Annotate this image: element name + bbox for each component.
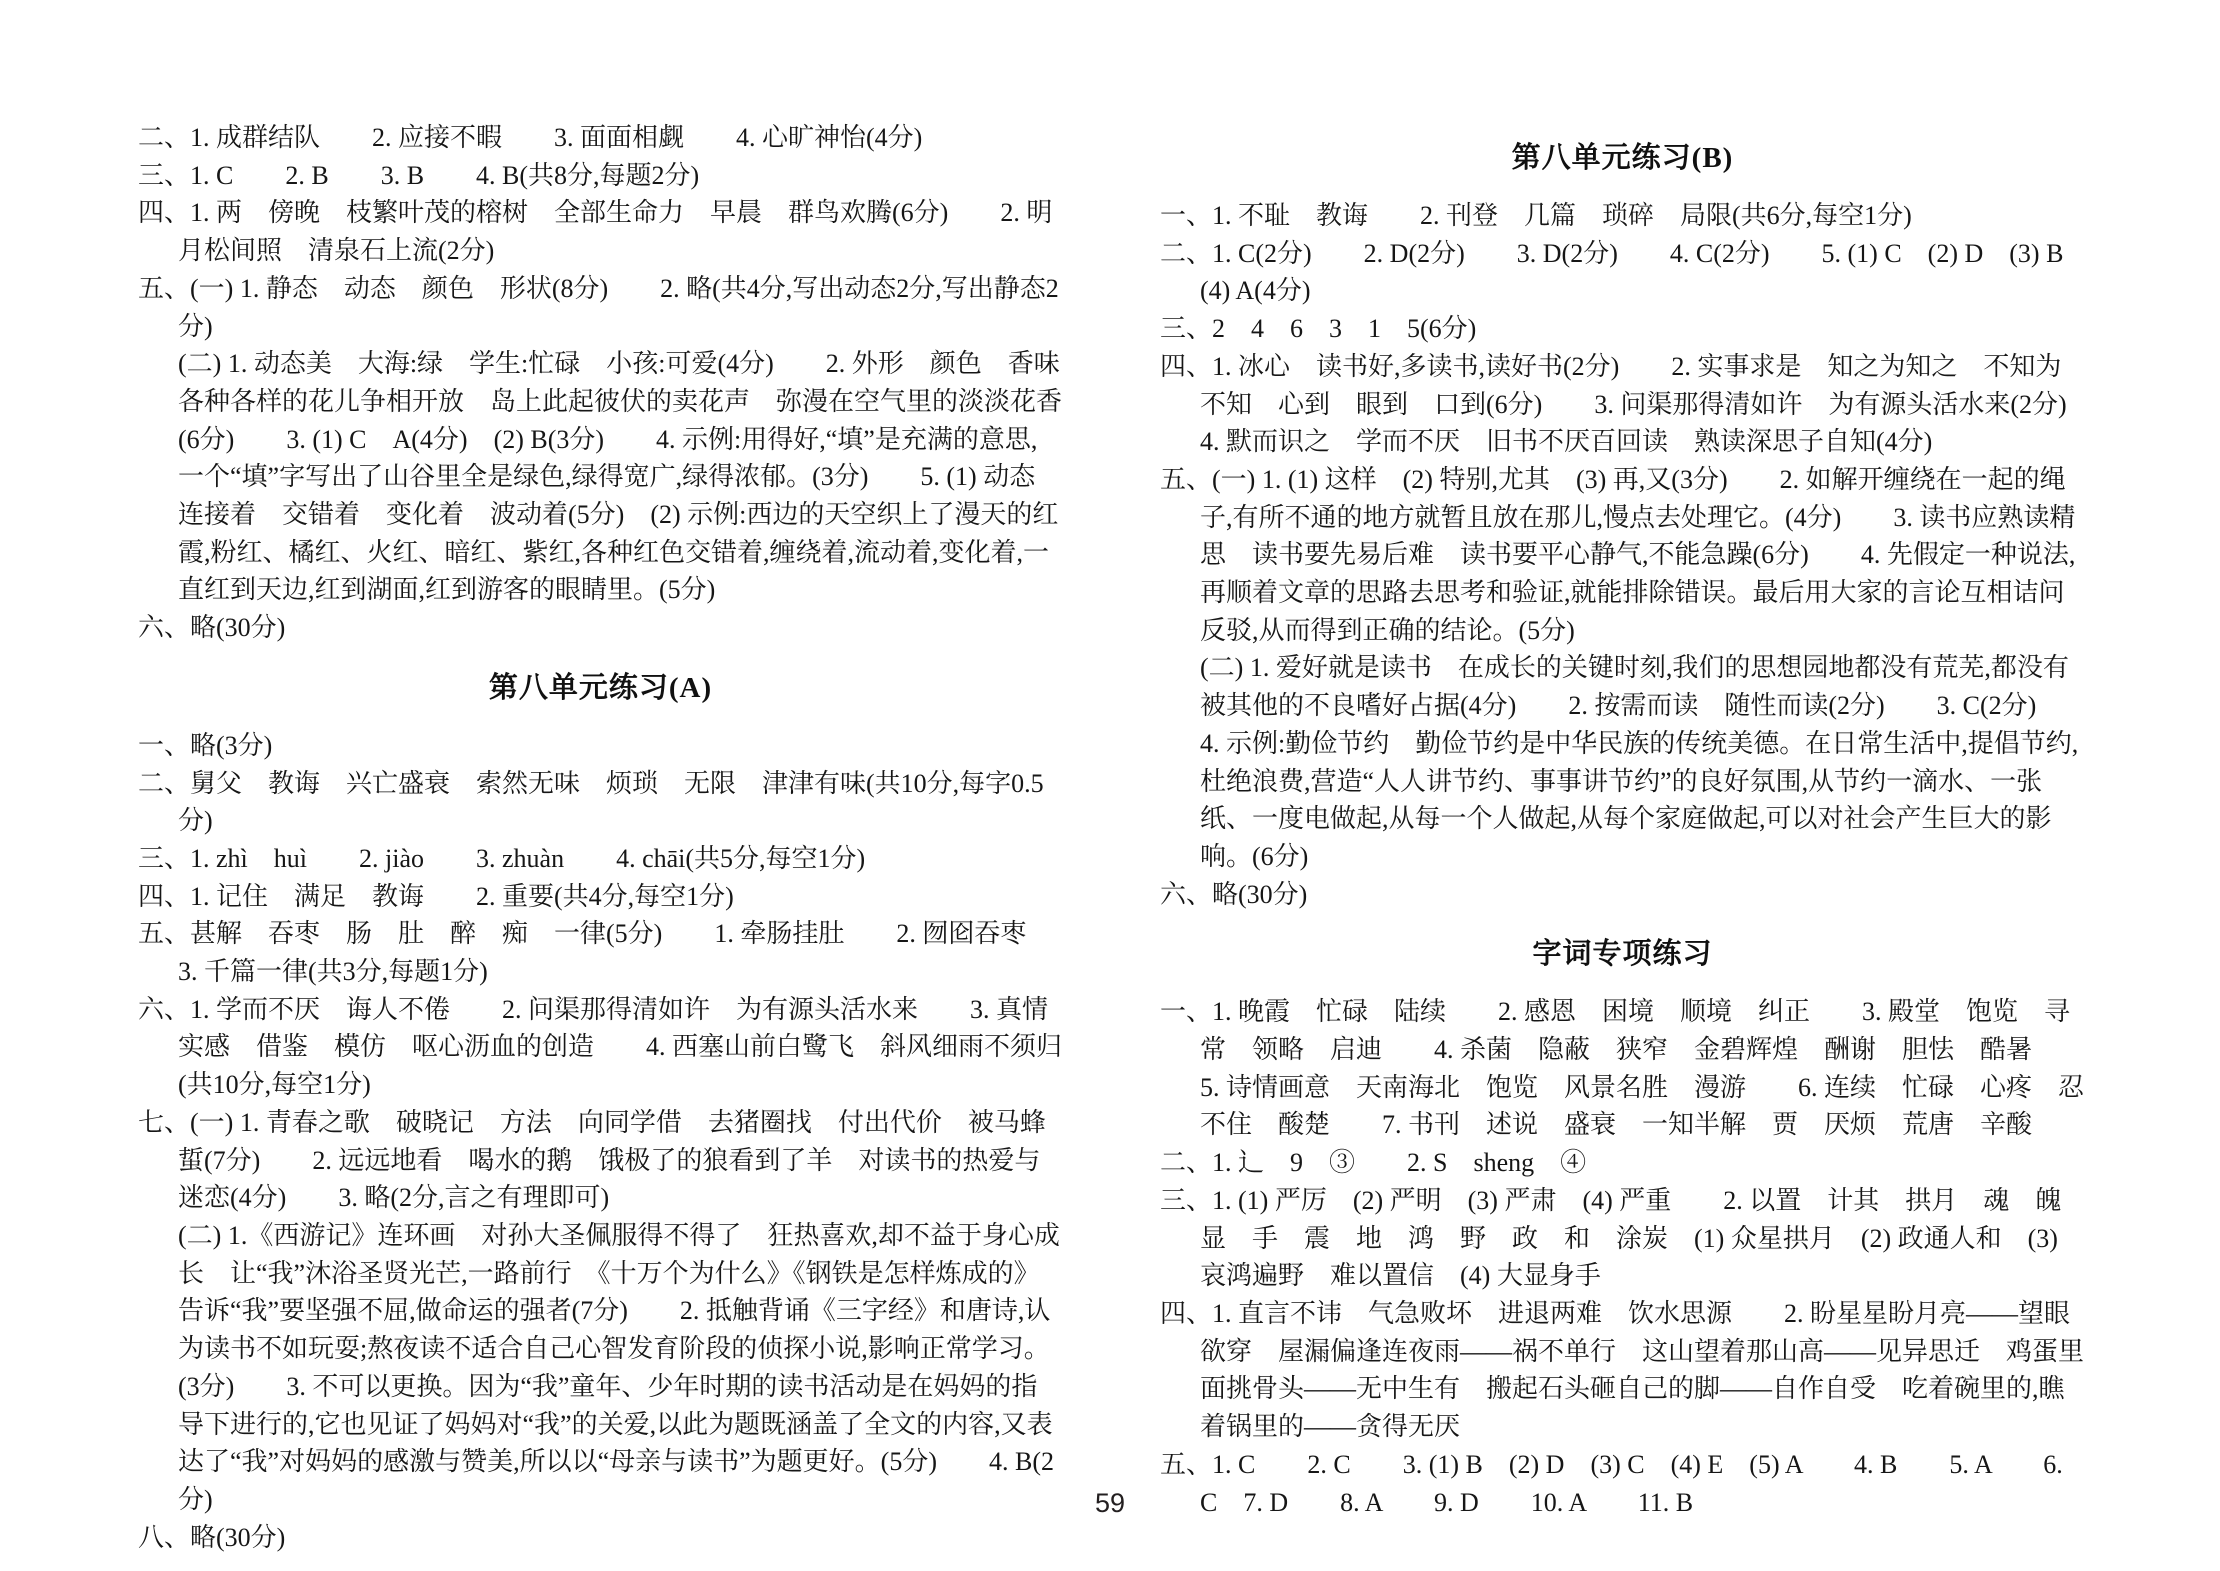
entry-text: 1. 成群结队 2. 应接不暇 3. 面面相觑 4. 心旷神怡(4分) bbox=[190, 123, 922, 152]
entry-label: 六、 bbox=[138, 613, 190, 642]
answer-entry: 一、1. 不耻 教诲 2. 刊登 几篇 琐碎 局限(共6分,每空1分) bbox=[1160, 197, 2085, 235]
answer-entry: 二、1. 辶 9 ③ 2. S sheng ④ bbox=[1160, 1144, 2085, 1182]
answer-entry: 三、2 4 6 3 1 5(6分) bbox=[1160, 310, 2085, 348]
answer-block: 四、1. 两 傍晚 枝繁叶茂的榕树 全部生命力 早晨 群鸟欢腾(6分) 2. 明… bbox=[178, 194, 1063, 269]
entry-text: 略(30分) bbox=[1212, 880, 1307, 909]
answer-entry: 八、略(30分) bbox=[138, 1519, 1063, 1557]
entry-text: 略(30分) bbox=[190, 1523, 285, 1552]
answer-entry: 五、甚解 吞枣 肠 肚 醉 痴 一律(5分) 1. 牵肠挂肚 2. 囫囵吞枣 3… bbox=[138, 915, 1063, 990]
answer-block: 五、(一) 1. 静态 动态 颜色 形状(8分) 2. 略(共4分,写出动态2分… bbox=[178, 270, 1063, 345]
answer-block: (二) 1.《西游记》连环画 对孙大圣佩服得不得了 狂热喜欢,却不益于身心成长 … bbox=[178, 1217, 1063, 1519]
entry-label: 二、 bbox=[1160, 239, 1212, 268]
section: 第八单元练习(A)一、略(3分)二、舅父 教诲 兴亡盛衰 索然无味 烦琐 无限 … bbox=[138, 669, 1063, 1556]
section-heading: 第八单元练习(A) bbox=[138, 669, 1063, 707]
answer-entry: 七、(一) 1. 青春之歌 破晓记 方法 向同学借 去猪圈找 付出代价 被马蜂蜇… bbox=[138, 1104, 1063, 1519]
answer-block: (二) 1. 爱好就是读书 在成长的关键时刻,我们的思想园地都没有荒芜,都没有被… bbox=[1200, 649, 2085, 875]
entry-text: 略(30分) bbox=[190, 613, 285, 642]
section-heading: 字词专项练习 bbox=[1160, 935, 2085, 973]
answer-entry: 二、1. C(2分) 2. D(2分) 3. D(2分) 4. C(2分) 5.… bbox=[1160, 235, 2085, 310]
entry-text: 1. 辶 9 ③ 2. S sheng ④ bbox=[1212, 1148, 1586, 1177]
entry-text: 略(3分) bbox=[190, 731, 272, 760]
answer-key-page: 二、1. 成群结队 2. 应接不暇 3. 面面相觑 4. 心旷神怡(4分)三、1… bbox=[0, 0, 2220, 1571]
answer-block: 二、1. 成群结队 2. 应接不暇 3. 面面相觑 4. 心旷神怡(4分) bbox=[178, 119, 1063, 157]
answer-block: 四、1. 记住 满足 教诲 2. 重要(共4分,每空1分) bbox=[178, 878, 1063, 916]
entry-label: 六、 bbox=[138, 995, 190, 1024]
answer-block: 三、1. zhì huì 2. jiào 3. zhuàn 4. chāi(共5… bbox=[178, 840, 1063, 878]
entry-label: 六、 bbox=[1160, 880, 1212, 909]
answer-entry: 三、1. zhì huì 2. jiào 3. zhuàn 4. chāi(共5… bbox=[138, 840, 1063, 878]
entry-text: (一) 1. 青春之歌 破晓记 方法 向同学借 去猪圈找 付出代价 被马蜂蜇(7… bbox=[178, 1108, 1046, 1212]
answer-block: 七、(一) 1. 青春之歌 破晓记 方法 向同学借 去猪圈找 付出代价 被马蜂蜇… bbox=[178, 1104, 1063, 1217]
entry-text: (一) 1. (1) 这样 (2) 特别,尤其 (3) 再,又(3分) 2. 如… bbox=[1200, 465, 2075, 645]
answer-entry: 二、舅父 教诲 兴亡盛衰 索然无味 烦琐 无限 津津有味(共10分,每字0.5分… bbox=[138, 765, 1063, 840]
entry-label: 三、 bbox=[138, 161, 190, 190]
answer-entry: 一、略(3分) bbox=[138, 727, 1063, 765]
answer-block: 六、略(30分) bbox=[178, 609, 1063, 647]
answer-block: 六、略(30分) bbox=[1200, 876, 2085, 914]
entry-label: 五、 bbox=[1160, 465, 1212, 494]
answer-entry: 三、1. C 2. B 3. B 4. B(共8分,每题2分) bbox=[138, 157, 1063, 195]
answer-entry: 二、1. 成群结队 2. 应接不暇 3. 面面相觑 4. 心旷神怡(4分) bbox=[138, 119, 1063, 157]
entry-label: 八、 bbox=[138, 1523, 190, 1552]
entry-text: (二) 1. 动态美 大海:绿 学生:忙碌 小孩:可爱(4分) 2. 外形 颜色… bbox=[178, 349, 1086, 604]
entry-text: 1. C 2. B 3. B 4. B(共8分,每题2分) bbox=[190, 161, 699, 190]
answer-entry: 一、1. 晚霞 忙碌 陆续 2. 感恩 困境 顺境 纠正 3. 殿堂 饱览 寻常… bbox=[1160, 993, 2085, 1144]
entry-label: 二、 bbox=[138, 123, 190, 152]
answer-block: 一、1. 不耻 教诲 2. 刊登 几篇 琐碎 局限(共6分,每空1分) bbox=[1200, 197, 2085, 235]
entry-text: 1. 晚霞 忙碌 陆续 2. 感恩 困境 顺境 纠正 3. 殿堂 饱览 寻常 领… bbox=[1200, 997, 2084, 1139]
entry-text: 1. 记住 满足 教诲 2. 重要(共4分,每空1分) bbox=[190, 882, 734, 911]
entry-label: 二、 bbox=[1160, 1148, 1212, 1177]
answer-entry: 四、1. 冰心 读书好,多读书,读好书(2分) 2. 实事求是 知之为知之 不知… bbox=[1160, 348, 2085, 461]
answer-block: 五、甚解 吞枣 肠 肚 醉 痴 一律(5分) 1. 牵肠挂肚 2. 囫囵吞枣 3… bbox=[178, 915, 1063, 990]
section-heading: 第八单元练习(B) bbox=[1160, 139, 2085, 177]
answer-block: (二) 1. 动态美 大海:绿 学生:忙碌 小孩:可爱(4分) 2. 外形 颜色… bbox=[178, 345, 1063, 609]
entry-label: 五、 bbox=[1160, 1450, 1212, 1479]
entry-text: 1. C(2分) 2. D(2分) 3. D(2分) 4. C(2分) 5. (… bbox=[1200, 239, 2089, 306]
answer-block: 三、2 4 6 3 1 5(6分) bbox=[1200, 310, 2085, 348]
answer-block: 二、舅父 教诲 兴亡盛衰 索然无味 烦琐 无限 津津有味(共10分,每字0.5分… bbox=[178, 765, 1063, 840]
answer-block: 八、略(30分) bbox=[178, 1519, 1063, 1557]
entry-text: 2 4 6 3 1 5(6分) bbox=[1212, 314, 1476, 343]
answer-block: 一、1. 晚霞 忙碌 陆续 2. 感恩 困境 顺境 纠正 3. 殿堂 饱览 寻常… bbox=[1200, 993, 2085, 1144]
answer-block: 六、1. 学而不厌 诲人不倦 2. 问渠那得清如许 为有源头活水来 3. 真情实… bbox=[178, 991, 1063, 1104]
entry-label: 四、 bbox=[138, 882, 190, 911]
entry-text: 1. 不耻 教诲 2. 刊登 几篇 琐碎 局限(共6分,每空1分) bbox=[1212, 201, 1912, 230]
entry-label: 七、 bbox=[138, 1108, 190, 1137]
entry-text: 1. 两 傍晚 枝繁叶茂的榕树 全部生命力 早晨 群鸟欢腾(6分) 2. 明月松… bbox=[178, 198, 1052, 265]
entry-label: 三、 bbox=[1160, 1186, 1212, 1215]
answer-entry: 四、1. 直言不讳 气急败坏 进退两难 饮水思源 2. 盼星星盼月亮——望眼欲穿… bbox=[1160, 1295, 2085, 1446]
entry-label: 四、 bbox=[1160, 1299, 1212, 1328]
answer-entry: 六、略(30分) bbox=[138, 609, 1063, 647]
right-column: 第八单元练习(B)一、1. 不耻 教诲 2. 刊登 几篇 琐碎 局限(共6分,每… bbox=[1160, 119, 2085, 1521]
answer-entry: 五、(一) 1. (1) 这样 (2) 特别,尤其 (3) 再,又(3分) 2.… bbox=[1160, 461, 2085, 876]
answer-block: 二、1. C(2分) 2. D(2分) 3. D(2分) 4. C(2分) 5.… bbox=[1200, 235, 2085, 310]
answer-entry: 六、略(30分) bbox=[1160, 876, 2085, 914]
entry-label: 四、 bbox=[138, 198, 190, 227]
answer-block: 三、1. C 2. B 3. B 4. B(共8分,每题2分) bbox=[178, 157, 1063, 195]
left-column: 二、1. 成群结队 2. 应接不暇 3. 面面相觑 4. 心旷神怡(4分)三、1… bbox=[138, 119, 1063, 1556]
answer-entry: 六、1. 学而不厌 诲人不倦 2. 问渠那得清如许 为有源头活水来 3. 真情实… bbox=[138, 991, 1063, 1104]
entry-label: 三、 bbox=[1160, 314, 1212, 343]
answer-block: 五、(一) 1. (1) 这样 (2) 特别,尤其 (3) 再,又(3分) 2.… bbox=[1200, 461, 2085, 650]
entry-label: 一、 bbox=[138, 731, 190, 760]
entry-label: 一、 bbox=[1160, 997, 1212, 1026]
entry-label: 四、 bbox=[1160, 352, 1212, 381]
entry-text: 舅父 教诲 兴亡盛衰 索然无味 烦琐 无限 津津有味(共10分,每字0.5分) bbox=[178, 769, 1044, 836]
answer-block: 一、略(3分) bbox=[178, 727, 1063, 765]
answer-entry: 四、1. 记住 满足 教诲 2. 重要(共4分,每空1分) bbox=[138, 878, 1063, 916]
section: 字词专项练习一、1. 晚霞 忙碌 陆续 2. 感恩 困境 顺境 纠正 3. 殿堂… bbox=[1160, 935, 2085, 1521]
answer-block: 四、1. 直言不讳 气急败坏 进退两难 饮水思源 2. 盼星星盼月亮——望眼欲穿… bbox=[1200, 1295, 2085, 1446]
entry-label: 五、 bbox=[138, 919, 190, 948]
entry-label: 三、 bbox=[138, 844, 190, 873]
entry-text: (二) 1.《西游记》连环画 对孙大圣佩服得不得了 狂热喜欢,却不益于身心成长 … bbox=[178, 1221, 1060, 1514]
answer-entry: 三、1. (1) 严厉 (2) 严明 (3) 严肃 (4) 严重 2. 以置 计… bbox=[1160, 1182, 2085, 1295]
entry-text: 1. 冰心 读书好,多读书,读好书(2分) 2. 实事求是 知之为知之 不知为不… bbox=[1200, 352, 2119, 456]
entry-text: (二) 1. 爱好就是读书 在成长的关键时刻,我们的思想园地都没有荒芜,都没有被… bbox=[1200, 653, 2088, 871]
answer-entry: 四、1. 两 傍晚 枝繁叶茂的榕树 全部生命力 早晨 群鸟欢腾(6分) 2. 明… bbox=[138, 194, 1063, 269]
entry-text: 甚解 吞枣 肠 肚 醉 痴 一律(5分) 1. 牵肠挂肚 2. 囫囵吞枣 3. … bbox=[178, 919, 1052, 986]
entry-label: 二、 bbox=[138, 769, 190, 798]
answer-block: 二、1. 辶 9 ③ 2. S sheng ④ bbox=[1200, 1144, 2085, 1182]
entry-label: 一、 bbox=[1160, 201, 1212, 230]
answer-entry: 五、(一) 1. 静态 动态 颜色 形状(8分) 2. 略(共4分,写出动态2分… bbox=[138, 270, 1063, 609]
section: 第八单元练习(B)一、1. 不耻 教诲 2. 刊登 几篇 琐碎 局限(共6分,每… bbox=[1160, 139, 2085, 913]
answer-block: 三、1. (1) 严厉 (2) 严明 (3) 严肃 (4) 严重 2. 以置 计… bbox=[1200, 1182, 2085, 1295]
entry-text: 1. 学而不厌 诲人不倦 2. 问渠那得清如许 为有源头活水来 3. 真情实感 … bbox=[178, 995, 1062, 1099]
entry-text: 1. zhì huì 2. jiào 3. zhuàn 4. chāi(共5分,… bbox=[190, 844, 865, 873]
entry-text: 1. 直言不讳 气急败坏 进退两难 饮水思源 2. 盼星星盼月亮——望眼欲穿 屋… bbox=[1200, 1299, 2084, 1441]
section: 二、1. 成群结队 2. 应接不暇 3. 面面相觑 4. 心旷神怡(4分)三、1… bbox=[138, 119, 1063, 647]
answer-block: 四、1. 冰心 读书好,多读书,读好书(2分) 2. 实事求是 知之为知之 不知… bbox=[1200, 348, 2085, 461]
entry-label: 五、 bbox=[138, 274, 190, 303]
entry-text: (一) 1. 静态 动态 颜色 形状(8分) 2. 略(共4分,写出动态2分,写… bbox=[178, 274, 1059, 341]
entry-text: 1. (1) 严厉 (2) 严明 (3) 严肃 (4) 严重 2. 以置 计其 … bbox=[1200, 1186, 2087, 1290]
page-number: 59 bbox=[0, 1488, 2220, 1519]
